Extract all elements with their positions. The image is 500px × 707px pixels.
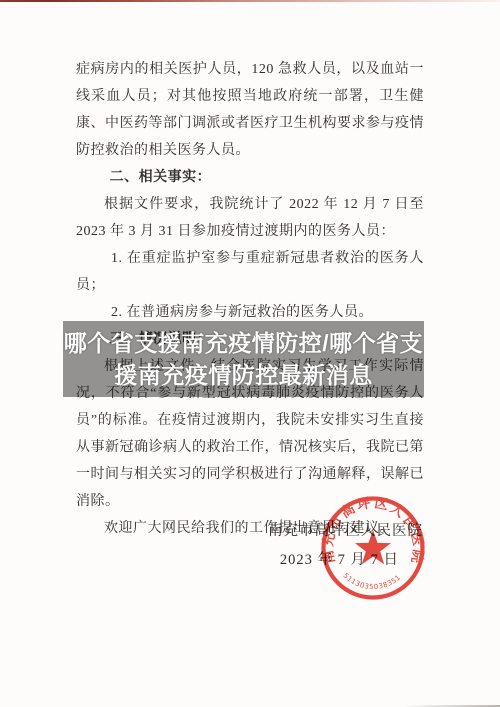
para-facts: 根据文件要求，我院统计了 2022 年 12 月 7 日至 2023 年 3 月… bbox=[76, 191, 424, 245]
scanned-document-page: 症病房内的相关医护人员，120 急救人员，以及血站一线采血人员；对其他按照当地政… bbox=[0, 0, 500, 707]
seal-code: 5113035038351 bbox=[341, 572, 402, 592]
page-top-edge-line bbox=[0, 0, 500, 2]
overlay-title-band: 哪个省支援南充疫情防控/哪个省支 援南充疫情防控最新消息 bbox=[63, 321, 424, 397]
seal-star-icon bbox=[355, 530, 391, 564]
overlay-title-line1: 哪个省支援南充疫情防控/哪个省支 bbox=[64, 327, 423, 359]
official-seal-icon: 南充市高坪区人民医院 5113035038351 bbox=[318, 493, 428, 603]
heading-related-facts: 二、相关事实： bbox=[76, 164, 424, 191]
para-intro: 症病房内的相关医护人员，120 急救人员，以及血站一线采血人员；对其他按照当地政… bbox=[76, 56, 424, 164]
document-body: 症病房内的相关医护人员，120 急救人员，以及血站一线采血人员；对其他按照当地政… bbox=[76, 56, 424, 542]
seal-code-group: 5113035038351 bbox=[341, 572, 402, 592]
list-item-1: 1. 在重症监护室参与重症新冠患者救治的医务人员； bbox=[76, 245, 424, 299]
overlay-title-line2: 援南充疫情防控最新消息 bbox=[114, 359, 373, 391]
